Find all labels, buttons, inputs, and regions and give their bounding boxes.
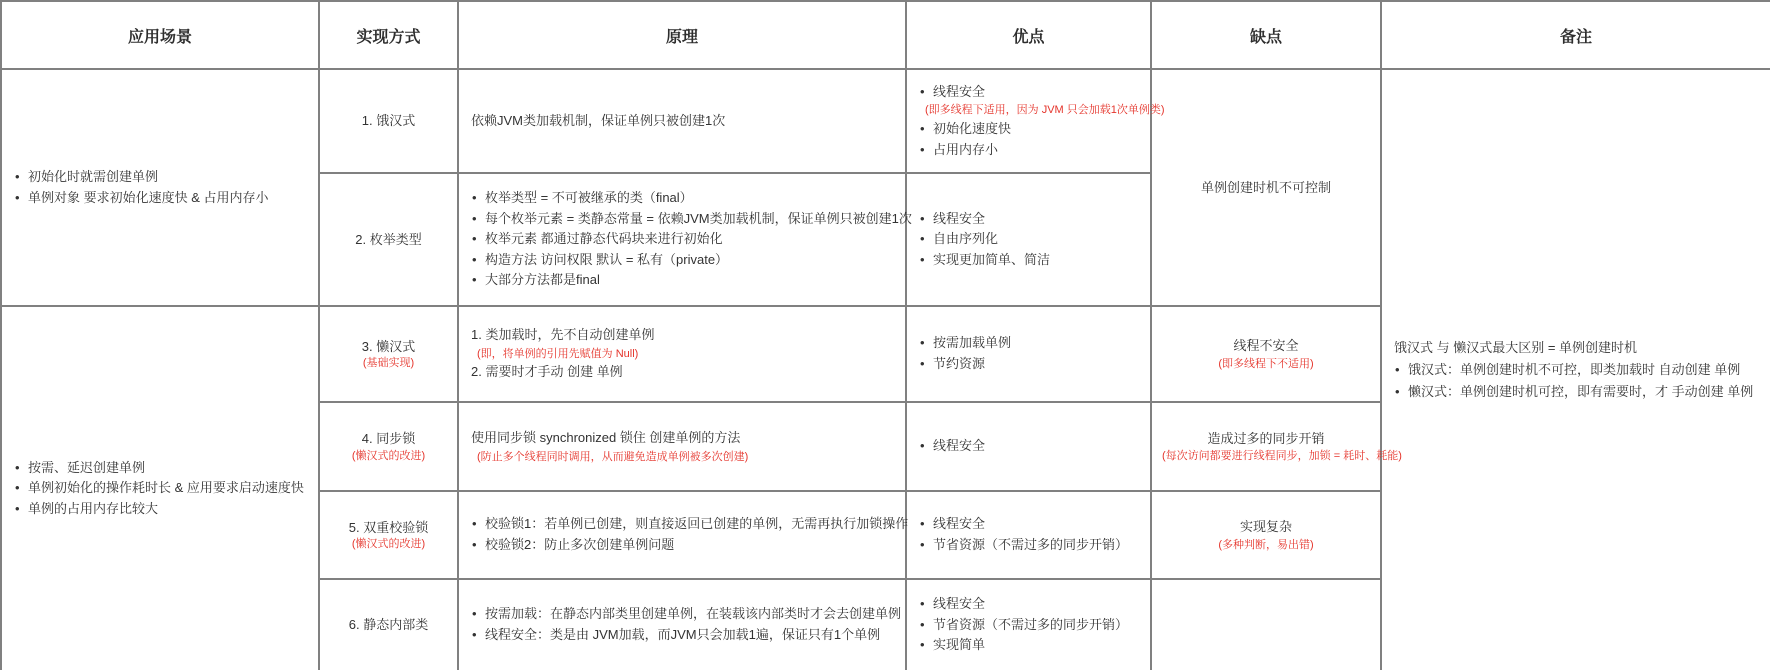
cell-principle-3: 1. 类加载时，先不自动创建单例(即，将单例的引用先赋值为 Null)2. 需要… bbox=[458, 306, 906, 402]
cell-method-3: 3. 懒汉式 (基础实现) bbox=[319, 306, 458, 402]
pros-line: 初始化速度快 bbox=[917, 119, 1140, 140]
scenario-line: 初始化时就需创建单例 bbox=[12, 167, 308, 188]
cell-principle-6: 按需加载：在静态内部类里创建单例，在装载该内部类时才会去创建单例线程安全：类是由… bbox=[458, 579, 906, 670]
principle-line: 大部分方法都是final bbox=[469, 270, 895, 291]
cell-method-1: 1. 饿汉式 bbox=[319, 69, 458, 173]
principle-line: 2. 需要时才手动 创建 单例 bbox=[469, 362, 895, 383]
table-row: 初始化时就需创建单例单例对象 要求初始化速度快 & 占用内存小 1. 饿汉式 依… bbox=[1, 69, 1770, 173]
pros-line: 实现更加简单、简洁 bbox=[917, 250, 1140, 271]
cell-pros-2: 线程安全自由序列化实现更加简单、简洁 bbox=[906, 173, 1151, 306]
pros-list: 线程安全 bbox=[917, 436, 1140, 457]
method-title: 2. 枚举类型 bbox=[330, 230, 447, 250]
remark-line: 饿汉式 与 懒汉式最大区别 = 单例创建时机 bbox=[1392, 337, 1760, 359]
col-header-implementation: 实现方式 bbox=[319, 1, 458, 69]
pros-line: 线程安全 bbox=[917, 594, 1140, 615]
principle-line: 依赖JVM类加载机制，保证单例只被创建1次 bbox=[469, 111, 895, 132]
cell-cons-5: 实现复杂 (多种判断，易出错) bbox=[1151, 491, 1381, 579]
pros-list: 线程安全节省资源（不需过多的同步开销） bbox=[917, 514, 1140, 555]
pros-line: 节省资源（不需过多的同步开销） bbox=[917, 535, 1140, 556]
col-header-remark: 备注 bbox=[1381, 1, 1770, 69]
cell-method-2: 2. 枚举类型 bbox=[319, 173, 458, 306]
principle-line: 校验锁2：防止多次创建单例问题 bbox=[469, 535, 895, 556]
principle-list: 按需加载：在静态内部类里创建单例，在装载该内部类时才会去创建单例线程安全：类是由… bbox=[469, 604, 895, 645]
cell-principle-5: 校验锁1：若单例已创建，则直接返回已创建的单例，无需再执行加锁操作校验锁2：防止… bbox=[458, 491, 906, 579]
pros-list: 线程安全(即多线程下适用，因为 JVM 只会加载1次单例类)初始化速度快占用内存… bbox=[917, 82, 1140, 160]
cell-method-5: 5. 双重校验锁 (懒汉式的改进) bbox=[319, 491, 458, 579]
cell-principle-2: 枚举类型 = 不可被继承的类（final）每个枚举元素 = 类静态常量 = 依赖… bbox=[458, 173, 906, 306]
col-header-pros: 优点 bbox=[906, 1, 1151, 69]
pros-line: 占用内存小 bbox=[917, 140, 1140, 161]
pros-line: 实现简单 bbox=[917, 635, 1140, 656]
principle-line: 每个枚举元素 = 类静态常量 = 依赖JVM类加载机制，保证单例只被创建1次 bbox=[469, 209, 895, 230]
scenario-list-1: 初始化时就需创建单例单例对象 要求初始化速度快 & 占用内存小 bbox=[12, 167, 308, 208]
principle-line: 线程安全：类是由 JVM加载，而JVM只会加载1遍，保证只有1个单例 bbox=[469, 625, 895, 646]
cons-note: (多种判断，易出错) bbox=[1162, 537, 1370, 554]
method-title: 1. 饿汉式 bbox=[330, 111, 447, 131]
pros-line: 自由序列化 bbox=[917, 229, 1140, 250]
pros-line: 节约资源 bbox=[917, 354, 1140, 375]
principle-line: (防止多个线程同时调用，从而避免造成单例被多次创建) bbox=[469, 449, 895, 466]
method-note: (基础实现) bbox=[330, 356, 447, 371]
method-note: (懒汉式的改进) bbox=[330, 449, 447, 464]
cons-main: 实现复杂 bbox=[1162, 517, 1370, 537]
cons-note: (每次访问都要进行线程同步，加锁 = 耗时、耗能) bbox=[1162, 448, 1370, 465]
principle-line: 枚举类型 = 不可被继承的类（final） bbox=[469, 188, 895, 209]
pros-line: 线程安全 bbox=[917, 436, 1140, 457]
cell-method-4: 4. 同步锁 (懒汉式的改进) bbox=[319, 402, 458, 491]
cell-cons-4: 造成过多的同步开销 (每次访问都要进行线程同步，加锁 = 耗时、耗能) bbox=[1151, 402, 1381, 491]
principle-line: (即，将单例的引用先赋值为 Null) bbox=[469, 346, 895, 363]
col-header-cons: 缺点 bbox=[1151, 1, 1381, 69]
scenario-list-2: 按需、延迟创建单例单例初始化的操作耗时长 & 应用要求启动速度快单例的占用内存比… bbox=[12, 458, 308, 520]
pros-list: 线程安全自由序列化实现更加简单、简洁 bbox=[917, 209, 1140, 271]
cell-pros-6: 线程安全节省资源（不需过多的同步开销）实现简单 bbox=[906, 579, 1151, 670]
cons-main: 单例创建时机不可控制 bbox=[1162, 178, 1370, 198]
pros-line: 按需加载单例 bbox=[917, 333, 1140, 354]
scenario-line: 单例对象 要求初始化速度快 & 占用内存小 bbox=[12, 188, 308, 209]
principle-line: 构造方法 访问权限 默认 = 私有（private） bbox=[469, 250, 895, 271]
col-header-scenario: 应用场景 bbox=[1, 1, 319, 69]
cell-cons-6-empty bbox=[1151, 579, 1381, 670]
method-title: 3. 懒汉式 bbox=[330, 337, 447, 357]
header-row: 应用场景 实现方式 原理 优点 缺点 备注 bbox=[1, 1, 1770, 69]
principle-list: 使用同步锁 synchronized 锁住 创建单例的方法(防止多个线程同时调用… bbox=[469, 428, 895, 465]
cell-scenario-group-1: 初始化时就需创建单例单例对象 要求初始化速度快 & 占用内存小 bbox=[1, 69, 319, 306]
pros-list: 按需加载单例节约资源 bbox=[917, 333, 1140, 374]
cell-cons-merged-1-2: 单例创建时机不可控制 bbox=[1151, 69, 1381, 306]
principle-list: 1. 类加载时，先不自动创建单例(即，将单例的引用先赋值为 Null)2. 需要… bbox=[469, 325, 895, 383]
principle-list: 校验锁1：若单例已创建，则直接返回已创建的单例，无需再执行加锁操作校验锁2：防止… bbox=[469, 514, 895, 555]
pros-list: 线程安全节省资源（不需过多的同步开销）实现简单 bbox=[917, 594, 1140, 656]
cell-pros-4: 线程安全 bbox=[906, 402, 1151, 491]
cell-cons-3: 线程不安全 (即多线程下不适用) bbox=[1151, 306, 1381, 402]
cell-principle-4: 使用同步锁 synchronized 锁住 创建单例的方法(防止多个线程同时调用… bbox=[458, 402, 906, 491]
cons-note: (即多线程下不适用) bbox=[1162, 356, 1370, 373]
cell-pros-3: 按需加载单例节约资源 bbox=[906, 306, 1151, 402]
cell-pros-5: 线程安全节省资源（不需过多的同步开销） bbox=[906, 491, 1151, 579]
scenario-line: 单例初始化的操作耗时长 & 应用要求启动速度快 bbox=[12, 478, 308, 499]
cell-remark: 饿汉式 与 懒汉式最大区别 = 单例创建时机饿汉式：单例创建时机不可控，即类加载… bbox=[1381, 69, 1770, 670]
pros-line: 线程安全 bbox=[917, 514, 1140, 535]
scenario-line: 单例的占用内存比较大 bbox=[12, 499, 308, 520]
col-header-principle: 原理 bbox=[458, 1, 906, 69]
method-title: 6. 静态内部类 bbox=[330, 615, 447, 635]
method-title: 5. 双重校验锁 bbox=[330, 518, 447, 538]
method-title: 4. 同步锁 bbox=[330, 429, 447, 449]
principle-list: 依赖JVM类加载机制，保证单例只被创建1次 bbox=[469, 111, 895, 132]
principle-line: 1. 类加载时，先不自动创建单例 bbox=[469, 325, 895, 346]
cell-scenario-group-2: 按需、延迟创建单例单例初始化的操作耗时长 & 应用要求启动速度快单例的占用内存比… bbox=[1, 306, 319, 670]
cons-main: 线程不安全 bbox=[1162, 336, 1370, 356]
singleton-pattern-table: 应用场景 实现方式 原理 优点 缺点 备注 初始化时就需创建单例单例对象 要求初… bbox=[0, 0, 1770, 670]
pros-line: 节省资源（不需过多的同步开销） bbox=[917, 615, 1140, 636]
remark-line: 饿汉式：单例创建时机不可控，即类加载时 自动创建 单例 bbox=[1392, 359, 1760, 381]
cell-principle-1: 依赖JVM类加载机制，保证单例只被创建1次 bbox=[458, 69, 906, 173]
principle-line: 校验锁1：若单例已创建，则直接返回已创建的单例，无需再执行加锁操作 bbox=[469, 514, 895, 535]
principle-line: 枚举元素 都通过静态代码块来进行初始化 bbox=[469, 229, 895, 250]
pros-line: 线程安全 bbox=[917, 209, 1140, 230]
singleton-pattern-sheet: 应用场景 实现方式 原理 优点 缺点 备注 初始化时就需创建单例单例对象 要求初… bbox=[0, 0, 1770, 670]
scenario-line: 按需、延迟创建单例 bbox=[12, 458, 308, 479]
remark-line: 懒汉式：单例创建时机可控，即有需要时，才 手动创建 单例 bbox=[1392, 381, 1760, 403]
remark-list: 饿汉式 与 懒汉式最大区别 = 单例创建时机饿汉式：单例创建时机不可控，即类加载… bbox=[1392, 337, 1760, 403]
principle-line: 按需加载：在静态内部类里创建单例，在装载该内部类时才会去创建单例 bbox=[469, 604, 895, 625]
principle-line: 使用同步锁 synchronized 锁住 创建单例的方法 bbox=[469, 428, 895, 449]
cell-pros-1: 线程安全(即多线程下适用，因为 JVM 只会加载1次单例类)初始化速度快占用内存… bbox=[906, 69, 1151, 173]
cons-main: 造成过多的同步开销 bbox=[1162, 429, 1370, 449]
cell-method-6: 6. 静态内部类 bbox=[319, 579, 458, 670]
principle-list: 枚举类型 = 不可被继承的类（final）每个枚举元素 = 类静态常量 = 依赖… bbox=[469, 188, 895, 291]
method-note: (懒汉式的改进) bbox=[330, 537, 447, 552]
pros-line: 线程安全 bbox=[917, 82, 1140, 103]
pros-line: (即多线程下适用，因为 JVM 只会加载1次单例类) bbox=[917, 102, 1140, 119]
